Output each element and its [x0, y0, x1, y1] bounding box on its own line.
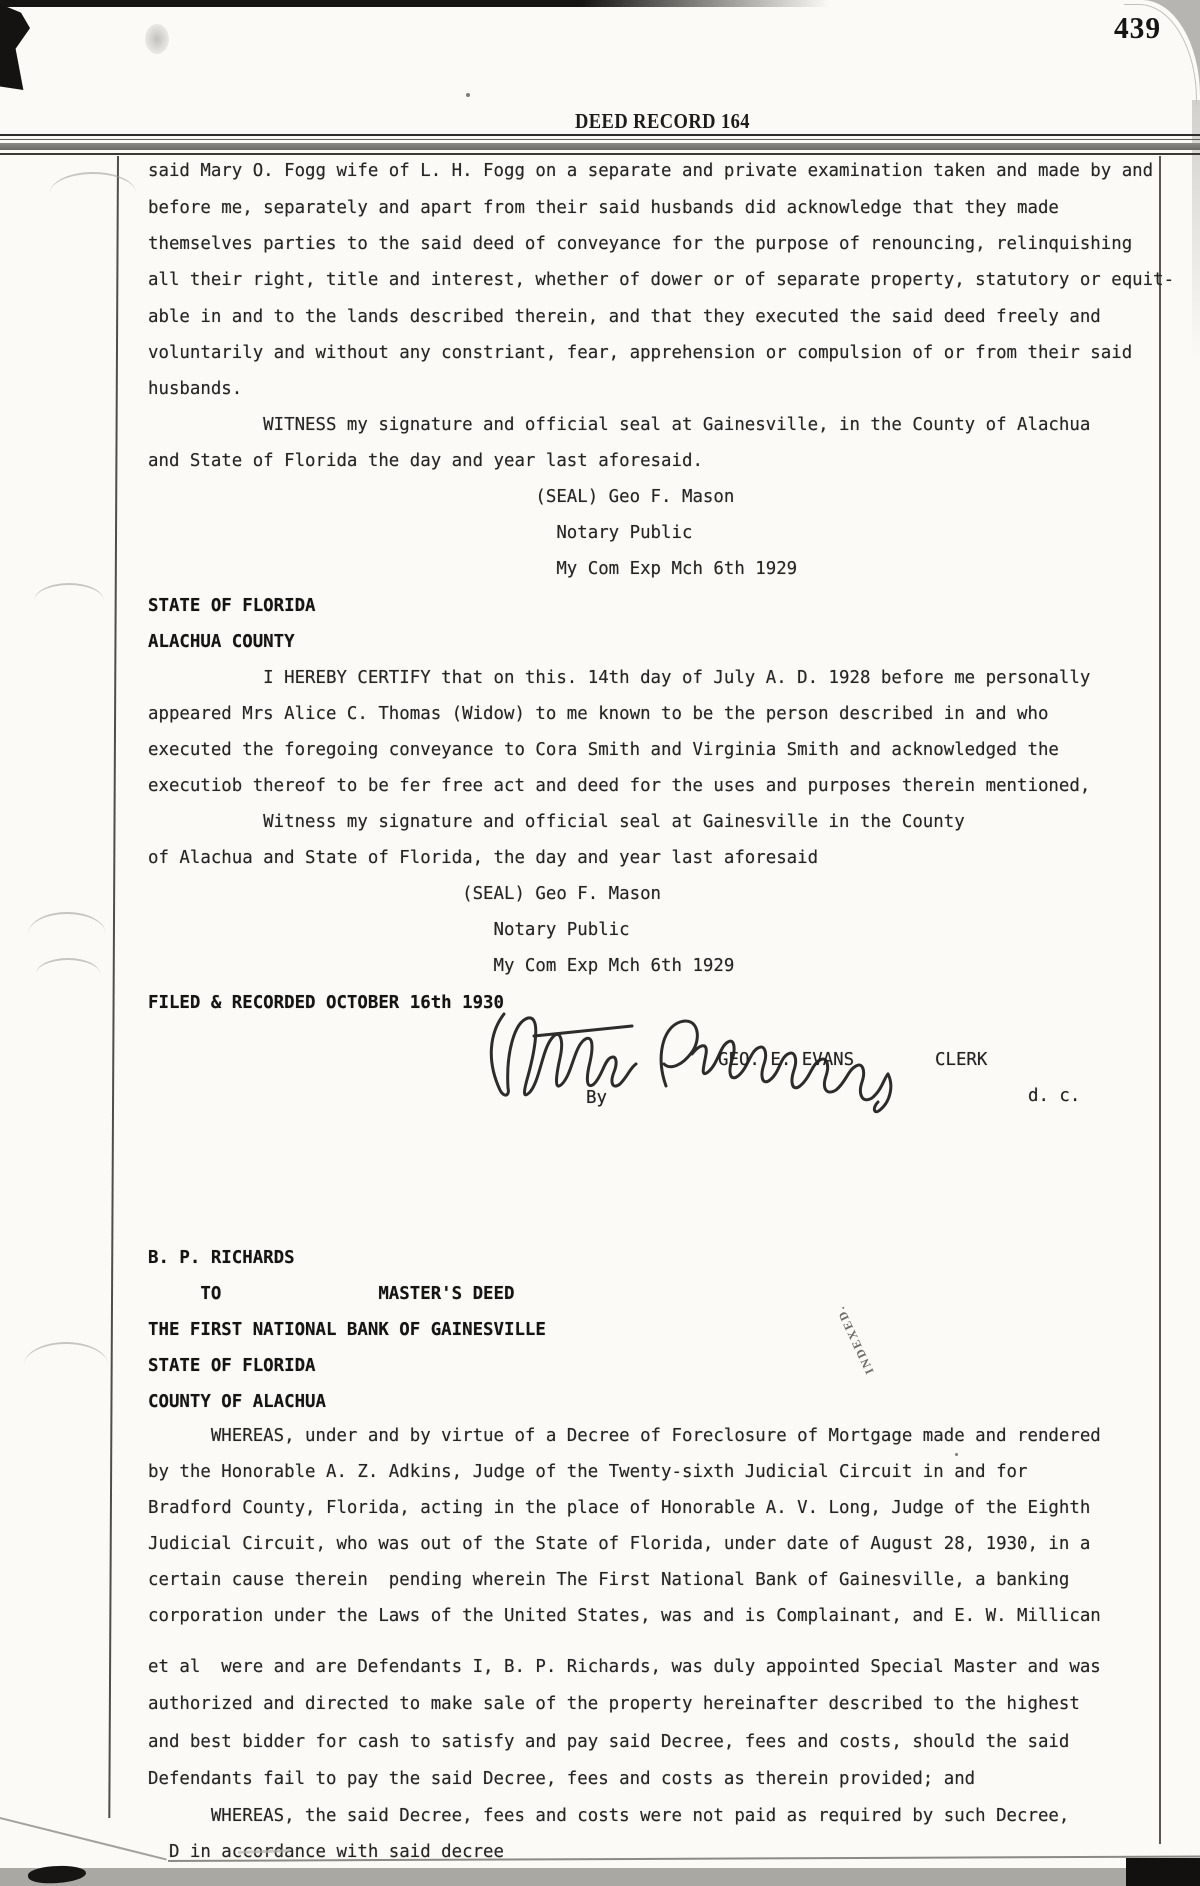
typed-line: and State of Florida the day and year la…: [148, 451, 703, 471]
scan-artifact-smudge: [145, 24, 169, 54]
typed-line: executed the foregoing conveyance to Cor…: [148, 740, 1059, 760]
notary-title-line: Notary Public: [148, 920, 630, 940]
notary-commission-line: My Com Exp Mch 6th 1929: [148, 956, 734, 976]
typed-line-witness: WITNESS my signature and official seal a…: [148, 415, 1090, 435]
typed-line-whereas: WHEREAS, the said Decree, fees and costs…: [148, 1806, 1069, 1826]
notary-commission-line: My Com Exp Mch 6th 1929: [148, 559, 797, 579]
left-margin-rule: [108, 156, 119, 1856]
binder-arc-mark: [50, 172, 136, 214]
state-heading: STATE OF FLORIDA: [148, 596, 316, 616]
signature-by-label: By: [586, 1088, 607, 1108]
typed-line: corporation under the Laws of the United…: [148, 1606, 1101, 1626]
notary-seal-line: (SEAL) Geo F. Mason: [148, 487, 734, 507]
typed-line: executiob thereof to be fer free act and…: [148, 776, 1090, 796]
typed-line-whereas: WHEREAS, under and by virtue of a Decree…: [148, 1426, 1101, 1446]
county-heading: COUNTY OF ALACHUA: [148, 1392, 326, 1412]
instrument-title-line: TO MASTER'S DEED: [148, 1284, 514, 1304]
header-rule-thin-1: [0, 134, 1200, 136]
scan-artifact-bottom-right-blob: [1126, 1858, 1200, 1886]
county-heading: ALACHUA COUNTY: [148, 632, 295, 652]
header-rule-thick: [0, 143, 1200, 150]
ink-dot: [955, 1453, 958, 1456]
header-rule-bottom: [0, 153, 1200, 155]
ink-dot: [466, 93, 470, 97]
typed-line: Judicial Circuit, who was out of the Sta…: [148, 1534, 1090, 1554]
typed-line: and best bidder for cash to satisfy and …: [148, 1732, 1069, 1752]
book-title-header: DEED RECORD 164: [575, 109, 750, 134]
header-rule-thin-2: [0, 139, 1200, 140]
typed-line: Defendants fail to pay the said Decree, …: [148, 1769, 975, 1789]
binder-arc-mark: [28, 912, 106, 956]
typed-line: able in and to the lands described there…: [148, 307, 1101, 327]
grantee-name: THE FIRST NATIONAL BANK OF GAINESVILLE: [148, 1320, 546, 1340]
typed-line: before me, separately and apart from the…: [148, 198, 1059, 218]
typed-line: all their right, title and interest, whe…: [148, 270, 1174, 290]
page-number: 439: [1114, 10, 1161, 46]
deed-record-page: 439 DEED RECORD 164 said Mary O. Fogg wi…: [0, 0, 1200, 1886]
signature-stroke: [491, 1014, 636, 1095]
typed-line: voluntarily and without any constriant, …: [148, 343, 1132, 363]
typed-line: et al were and are Defendants I, B. P. R…: [148, 1657, 1101, 1677]
typed-line-witness: Witness my signature and official seal a…: [148, 812, 965, 832]
binder-arc-mark: [36, 958, 100, 990]
typed-line: husbands.: [148, 379, 242, 399]
typed-line-certify: I HEREBY CERTIFY that on this. 14th day …: [148, 668, 1090, 688]
typed-line: said Mary O. Fogg wife of L. H. Fogg on …: [148, 161, 1153, 181]
filed-recorded-line: FILED & RECORDED OCTOBER 16th 1930: [148, 993, 504, 1013]
clerk-title-typed: CLERK: [935, 1050, 987, 1070]
notary-seal-line: (SEAL) Geo F. Mason: [148, 884, 661, 904]
typed-line: of Alachua and State of Florida, the day…: [148, 848, 818, 868]
typed-line: Bradford County, Florida, acting in the …: [148, 1498, 1090, 1518]
typed-line: by the Honorable A. Z. Adkins, Judge of …: [148, 1462, 1027, 1482]
typed-line: appeared Mrs Alice C. Thomas (Widow) to …: [148, 704, 1048, 724]
grantor-name: B. P. RICHARDS: [148, 1248, 295, 1268]
binder-arc-mark: [34, 583, 104, 619]
deputy-clerk-initials: d. c.: [1028, 1086, 1080, 1106]
scan-artifact-bottom-strip: [0, 1868, 1200, 1886]
clerk-name-typed: GEO. E. EVANS: [718, 1050, 854, 1070]
right-margin-rule: [1159, 156, 1161, 1844]
notary-title-line: Notary Public: [148, 523, 692, 543]
scan-artifact-top-strip: [0, 0, 830, 7]
indexed-stamp: INDEXED.: [830, 1297, 880, 1381]
state-heading: STATE OF FLORIDA: [148, 1356, 316, 1376]
scan-artifact-top-left-blob: [0, 4, 30, 90]
typed-line: certain cause therein pending wherein Th…: [148, 1570, 1069, 1590]
binder-arc-mark: [24, 1342, 108, 1388]
typed-line: themselves parties to the said deed of c…: [148, 234, 1132, 254]
signature-stroke: [534, 1026, 632, 1036]
typed-line: authorized and directed to make sale of …: [148, 1694, 1080, 1714]
